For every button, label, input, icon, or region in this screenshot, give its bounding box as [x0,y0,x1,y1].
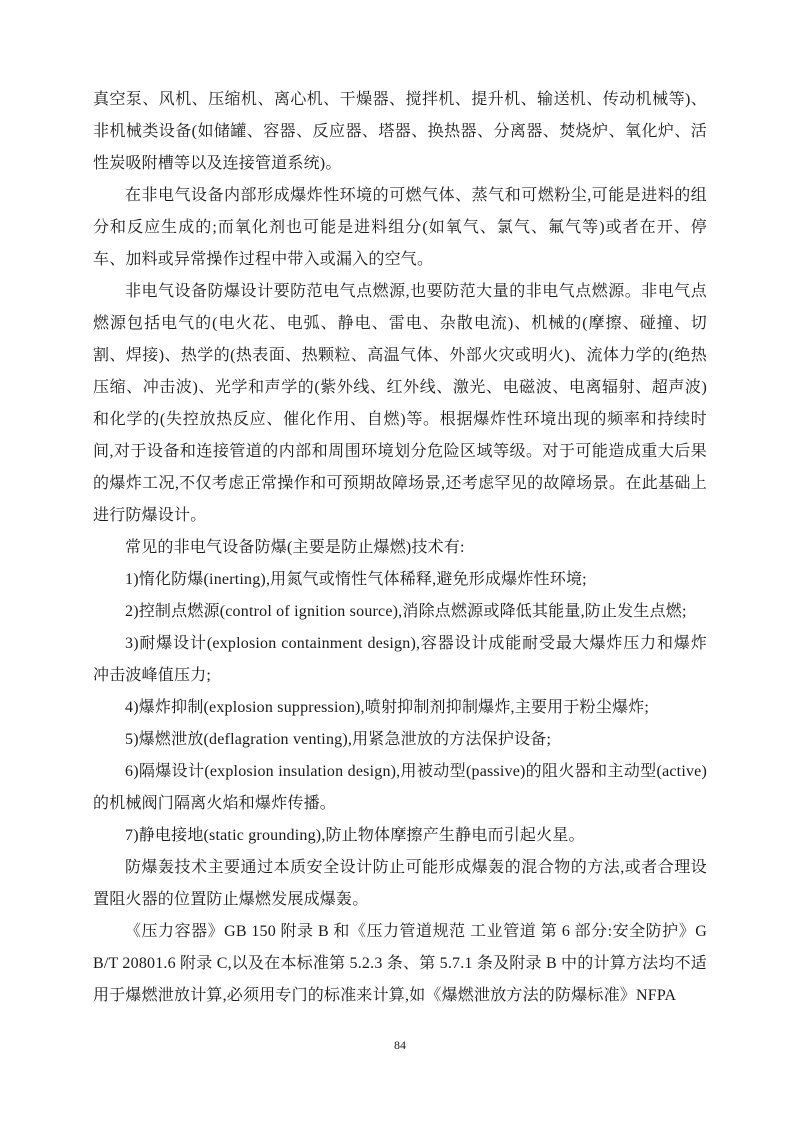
paragraph: 常见的非电气设备防爆(主要是防止爆燃)技术有: [93,532,707,564]
paragraph: 4)爆炸抑制(explosion suppression),喷射抑制剂抑制爆炸,… [93,692,707,724]
document-page: 真空泵、风机、压缩机、离心机、干燥器、搅拌机、提升机、输送机、传动机械等)、非机… [0,0,800,1131]
page-body-text: 真空泵、风机、压缩机、离心机、干燥器、搅拌机、提升机、输送机、传动机械等)、非机… [93,84,707,1012]
paragraph: 非电气设备防爆设计要防范电气点燃源,也要防范大量的非电气点燃源。非电气点燃源包括… [93,276,707,532]
paragraph: 在非电气设备内部形成爆炸性环境的可燃气体、蒸气和可燃粉尘,可能是进料的组分和反应… [93,180,707,276]
paragraph: 《压力容器》GB 150 附录 B 和《压力管道规范 工业管道 第 6 部分:安… [93,916,707,1012]
paragraph: 6)隔爆设计(explosion insulation design),用被动型… [93,756,707,820]
paragraph: 7)静电接地(static grounding),防止物体摩擦产生静电而引起火星… [93,820,707,852]
page-number: 84 [0,1038,800,1053]
paragraph: 5)爆燃泄放(deflagration venting),用紧急泄放的方法保护设… [93,724,707,756]
paragraph: 真空泵、风机、压缩机、离心机、干燥器、搅拌机、提升机、输送机、传动机械等)、非机… [93,84,707,180]
paragraph: 2)控制点燃源(control of ignition source),消除点燃… [93,596,707,628]
paragraph: 3)耐爆设计(explosion containment design),容器设… [93,628,707,692]
paragraph: 防爆轰技术主要通过本质安全设计防止可能形成爆轰的混合物的方法,或者合理设置阻火器… [93,852,707,916]
paragraph: 1)惰化防爆(inerting),用氮气或惰性气体稀释,避免形成爆炸性环境; [93,564,707,596]
